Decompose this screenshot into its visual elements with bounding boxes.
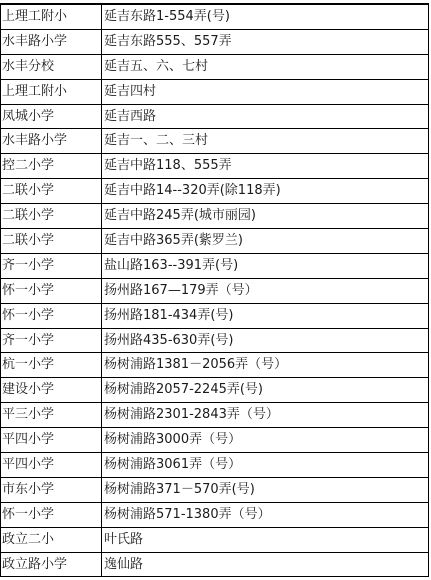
table-row: 齐一小学扬州路435-630弄(号) — [1, 328, 429, 353]
address-cell: 延吉中路118、555弄 — [102, 154, 429, 179]
address-cell: 延吉东路1-554弄(号) — [102, 4, 429, 29]
address-cell: 杨树浦路371－570弄(号) — [102, 477, 429, 502]
table-row: 二联小学延吉中路245弄(城市丽园) — [1, 204, 429, 229]
table-row: 平四小学杨树浦路3000弄（号） — [1, 428, 429, 453]
school-cell: 凤城小学 — [1, 104, 102, 129]
school-cell: 水丰路小学 — [1, 29, 102, 54]
school-cell: 政立路小学 — [1, 552, 102, 577]
address-cell: 延吉中路14--320弄(除118弄) — [102, 179, 429, 204]
address-cell: 延吉四村 — [102, 79, 429, 104]
table-row: 平四小学杨树浦路3061弄（号） — [1, 453, 429, 478]
school-cell: 怀一小学 — [1, 303, 102, 328]
table-row: 平三小学杨树浦路2301-2843弄（号） — [1, 403, 429, 428]
school-cell: 二联小学 — [1, 229, 102, 254]
table-row: 市东小学杨树浦路371－570弄(号) — [1, 477, 429, 502]
school-cell: 上理工附小 — [1, 4, 102, 29]
school-cell: 齐一小学 — [1, 328, 102, 353]
table-row: 建设小学杨树浦路2057-2245弄(号) — [1, 378, 429, 403]
address-cell: 杨树浦路1381－2056弄（号） — [102, 353, 429, 378]
address-cell: 延吉一、二、三村 — [102, 129, 429, 154]
table-row: 政立路小学逸仙路 — [1, 552, 429, 577]
table-row: 水丰分校延吉五、六、七村 — [1, 54, 429, 79]
address-cell: 杨树浦路3061弄（号） — [102, 453, 429, 478]
table-row: 凤城小学延吉西路 — [1, 104, 429, 129]
school-cell: 水丰分校 — [1, 54, 102, 79]
table-row: 上理工附小延吉四村 — [1, 79, 429, 104]
address-cell: 延吉中路245弄(城市丽园) — [102, 204, 429, 229]
table-row: 政立二小叶氏路 — [1, 527, 429, 552]
table-body: 上理工附小延吉东路1-554弄(号) 水丰路小学延吉东路555、557弄 水丰分… — [1, 4, 429, 577]
school-cell: 控二小学 — [1, 154, 102, 179]
address-cell: 逸仙路 — [102, 552, 429, 577]
table-row: 控二小学延吉中路118、555弄 — [1, 154, 429, 179]
school-cell: 平四小学 — [1, 453, 102, 478]
address-cell: 盐山路163--391弄(号) — [102, 253, 429, 278]
address-cell: 杨树浦路571-1380弄（号） — [102, 502, 429, 527]
address-cell: 扬州路167—179弄（号） — [102, 278, 429, 303]
address-cell: 延吉中路365弄(紫罗兰) — [102, 229, 429, 254]
school-cell: 政立二小 — [1, 527, 102, 552]
school-cell: 水丰路小学 — [1, 129, 102, 154]
school-cell: 二联小学 — [1, 179, 102, 204]
school-cell: 市东小学 — [1, 477, 102, 502]
school-cell: 怀一小学 — [1, 278, 102, 303]
address-cell: 杨树浦路3000弄（号） — [102, 428, 429, 453]
school-cell: 杭一小学 — [1, 353, 102, 378]
table-row: 二联小学延吉中路365弄(紫罗兰) — [1, 229, 429, 254]
address-cell: 扬州路181-434弄(号) — [102, 303, 429, 328]
table-row: 怀一小学杨树浦路571-1380弄（号） — [1, 502, 429, 527]
address-cell: 延吉东路555、557弄 — [102, 29, 429, 54]
school-district-table: 上理工附小延吉东路1-554弄(号) 水丰路小学延吉东路555、557弄 水丰分… — [0, 3, 429, 577]
table-row: 怀一小学扬州路167—179弄（号） — [1, 278, 429, 303]
table-row: 杭一小学杨树浦路1381－2056弄（号） — [1, 353, 429, 378]
address-cell: 杨树浦路2057-2245弄(号) — [102, 378, 429, 403]
table-row: 齐一小学盐山路163--391弄(号) — [1, 253, 429, 278]
school-cell: 二联小学 — [1, 204, 102, 229]
school-cell: 上理工附小 — [1, 79, 102, 104]
table-row: 怀一小学扬州路181-434弄(号) — [1, 303, 429, 328]
address-cell: 扬州路435-630弄(号) — [102, 328, 429, 353]
address-cell: 杨树浦路2301-2843弄（号） — [102, 403, 429, 428]
address-cell: 延吉西路 — [102, 104, 429, 129]
address-cell: 延吉五、六、七村 — [102, 54, 429, 79]
address-cell: 叶氏路 — [102, 527, 429, 552]
table-row: 上理工附小延吉东路1-554弄(号) — [1, 4, 429, 29]
school-cell: 平三小学 — [1, 403, 102, 428]
school-cell: 平四小学 — [1, 428, 102, 453]
school-cell: 怀一小学 — [1, 502, 102, 527]
school-cell: 齐一小学 — [1, 253, 102, 278]
table-row: 水丰路小学延吉东路555、557弄 — [1, 29, 429, 54]
table-row: 二联小学延吉中路14--320弄(除118弄) — [1, 179, 429, 204]
table-row: 水丰路小学延吉一、二、三村 — [1, 129, 429, 154]
school-cell: 建设小学 — [1, 378, 102, 403]
